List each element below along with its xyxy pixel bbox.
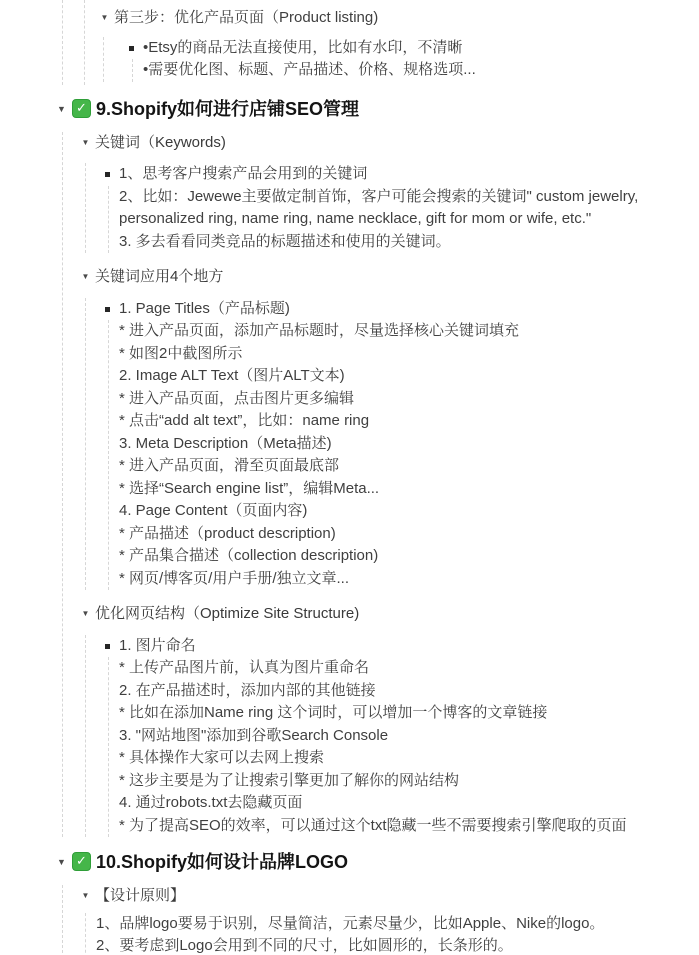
pre-section: ▼ 第三步：优化产品页面（Product listing) •Etsy的商品无法… bbox=[0, 0, 699, 82]
item-first-line: 1. 图片命名 bbox=[105, 635, 699, 658]
bullet-icon[interactable] bbox=[129, 46, 134, 51]
note-line: * 进入产品页面，添加产品标题时，尽量选择核心关键词填充 bbox=[119, 320, 699, 343]
note-line: * 进入产品页面，点击图片更多编辑 bbox=[119, 388, 699, 411]
collapse-toggle-icon[interactable]: ▼ bbox=[80, 603, 91, 626]
outline-item: 1. Page Titles（产品标题) * 进入产品页面，添加产品标题时，尽量… bbox=[105, 298, 699, 591]
note-line: 2. 在产品描述时，添加内部的其他链接 bbox=[119, 680, 699, 703]
subsection-title-row: ▼ 关键词（Keywords) bbox=[80, 132, 699, 155]
note-line: * 进入产品页面，滑至页面最底部 bbox=[119, 455, 699, 478]
note-line: 2、要考虑到Logo会用到不同的尺寸，比如圆形的，长条形的。 bbox=[96, 935, 699, 955]
note-line: * 具体操作大家可以去网上搜索 bbox=[119, 747, 699, 770]
note-line: personalized ring, name ring, name neckl… bbox=[119, 208, 699, 231]
note-line: 3. Meta Description（Meta描述) bbox=[119, 433, 699, 456]
note-line: * 产品描述（product description) bbox=[119, 523, 699, 546]
subsection-design-principles: ▼ 【设计原则】 1、品牌logo要易于识别，尽量简洁，元素尽量少，比如Appl… bbox=[80, 885, 699, 955]
continuation-lines: * 进入产品页面，添加产品标题时，尽量选择核心关键词填充 * 如图2中截图所示 … bbox=[108, 320, 699, 590]
continuation-lines: •需要优化图、标题、产品描述、价格、规格选项... bbox=[132, 59, 699, 82]
note-line: 1. Page Titles（产品标题) bbox=[119, 298, 290, 321]
section-heading: 9.Shopify如何进行店铺SEO管理 bbox=[96, 96, 359, 122]
note-line: 4. Page Content（页面内容) bbox=[119, 500, 699, 523]
note-line: * 点击“add alt text”，比如：name ring bbox=[119, 410, 699, 433]
subsection-site-structure: ▼ 优化网页结构（Optimize Site Structure) 1. 图片命… bbox=[80, 603, 699, 837]
note-line: 1、思考客户搜索产品会用到的关键词 bbox=[119, 163, 367, 186]
note-line: 1、品牌logo要易于识别，尽量简洁，元素尽量少，比如Apple、Nike的lo… bbox=[96, 913, 699, 936]
note-line: •需要优化图、标题、产品描述、价格、规格选项... bbox=[143, 59, 699, 82]
subsection-title: 优化网页结构（Optimize Site Structure) bbox=[95, 603, 359, 626]
note-line: 1. 图片命名 bbox=[119, 635, 196, 658]
note-line: * 上传产品图片前，认真为图片重命名 bbox=[119, 657, 699, 680]
item-first-line: •Etsy的商品无法直接使用，比如有水印，不清晰 bbox=[129, 37, 699, 60]
children-group: •Etsy的商品无法直接使用，比如有水印，不清晰 •需要优化图、标题、产品描述、… bbox=[103, 37, 699, 82]
node-title: 第三步：优化产品页面（Product listing) bbox=[114, 7, 378, 30]
section-9: ▼ ✓ 9.Shopify如何进行店铺SEO管理 ▼ 关键词（Keywords)… bbox=[0, 96, 699, 838]
outline-item: 1. 图片命名 * 上传产品图片前，认真为图片重命名 2. 在产品描述时，添加内… bbox=[105, 635, 699, 838]
section-heading-row: ▼ ✓ 9.Shopify如何进行店铺SEO管理 bbox=[0, 96, 699, 122]
collapse-toggle-icon[interactable]: ▼ bbox=[80, 885, 91, 908]
note-line: 3. 多去看看同类竞品的标题描述和使用的关键词。 bbox=[119, 231, 699, 254]
collapse-toggle-icon[interactable]: ▼ bbox=[80, 266, 91, 289]
note-line: 4. 通过robots.txt去隐藏页面 bbox=[119, 792, 699, 815]
bullet-icon[interactable] bbox=[105, 172, 110, 177]
note-line: * 网页/博客页/用户手册/独立文章... bbox=[119, 568, 699, 591]
continuation-lines: 2、比如：Jewewe主要做定制首饰，客户可能会搜索的关键词" custom j… bbox=[108, 186, 699, 254]
section-heading-row: ▼ ✓ 10.Shopify如何设计品牌LOGO bbox=[0, 849, 699, 875]
note-line: * 如图2中截图所示 bbox=[119, 343, 699, 366]
children-group: 1. 图片命名 * 上传产品图片前，认真为图片重命名 2. 在产品描述时，添加内… bbox=[85, 635, 699, 838]
note-line: * 比如在添加Name ring 这个词时，可以增加一个博客的文章链接 bbox=[119, 702, 699, 725]
collapse-toggle-icon[interactable]: ▼ bbox=[56, 849, 67, 875]
section-10: ▼ ✓ 10.Shopify如何设计品牌LOGO ▼ 【设计原则】 1、品牌lo… bbox=[0, 849, 699, 955]
subsection-title-row: ▼ 优化网页结构（Optimize Site Structure) bbox=[80, 603, 699, 626]
children-group: 1、品牌logo要易于识别，尽量简洁，元素尽量少，比如Apple、Nike的lo… bbox=[85, 913, 699, 955]
subsection-title-row: ▼ 【设计原则】 bbox=[80, 885, 699, 908]
collapse-toggle-icon[interactable]: ▼ bbox=[80, 132, 91, 155]
children-group: 1、思考客户搜索产品会用到的关键词 2、比如：Jewewe主要做定制首饰，客户可… bbox=[85, 163, 699, 253]
children-group: ▼ 关键词（Keywords) 1、思考客户搜索产品会用到的关键词 2、比如：J… bbox=[62, 132, 699, 838]
checked-checkbox-icon[interactable]: ✓ bbox=[72, 99, 91, 118]
subsection-title: 关键词（Keywords) bbox=[95, 132, 226, 155]
collapse-toggle-icon[interactable]: ▼ bbox=[56, 96, 67, 122]
collapse-toggle-icon[interactable]: ▼ bbox=[99, 7, 110, 30]
note-line: * 选择“Search engine list”，编辑Meta... bbox=[119, 478, 699, 501]
item-first-line: 1. Page Titles（产品标题) bbox=[105, 298, 699, 321]
note-line: 2、比如：Jewewe主要做定制首饰，客户可能会搜索的关键词" custom j… bbox=[119, 186, 699, 209]
bullet-icon[interactable] bbox=[105, 644, 110, 649]
subsection-keyword-places: ▼ 关键词应用4个地方 1. Page Titles（产品标题) * 进入产品页… bbox=[80, 266, 699, 590]
outline-item: •Etsy的商品无法直接使用，比如有水印，不清晰 •需要优化图、标题、产品描述、… bbox=[129, 37, 699, 82]
item-first-line: 1、思考客户搜索产品会用到的关键词 bbox=[105, 163, 699, 186]
note-line: * 这步主要是为了让搜索引擎更加了解你的网站结构 bbox=[119, 770, 699, 793]
subsection-title: 关键词应用4个地方 bbox=[95, 266, 223, 289]
outline-item: 1、思考客户搜索产品会用到的关键词 2、比如：Jewewe主要做定制首饰，客户可… bbox=[105, 163, 699, 253]
outline-node: ▼ 第三步：优化产品页面（Product listing) bbox=[0, 7, 699, 30]
subsection-keywords: ▼ 关键词（Keywords) 1、思考客户搜索产品会用到的关键词 2、比如：J… bbox=[80, 132, 699, 254]
note-line: * 为了提高SEO的效率，可以通过这个txt隐藏一些不需要搜索引擎爬取的页面 bbox=[119, 815, 699, 838]
children-group: 1. Page Titles（产品标题) * 进入产品页面，添加产品标题时，尽量… bbox=[85, 298, 699, 591]
note-line: 2. Image ALT Text（图片ALT文本) bbox=[119, 365, 699, 388]
continuation-lines: * 上传产品图片前，认真为图片重命名 2. 在产品描述时，添加内部的其他链接 *… bbox=[108, 657, 699, 837]
note-line: •Etsy的商品无法直接使用，比如有水印，不清晰 bbox=[143, 37, 462, 60]
outline-document: ▼ 第三步：优化产品页面（Product listing) •Etsy的商品无法… bbox=[0, 0, 699, 955]
checked-checkbox-icon[interactable]: ✓ bbox=[72, 852, 91, 871]
children-group: ▼ 【设计原则】 1、品牌logo要易于识别，尽量简洁，元素尽量少，比如Appl… bbox=[62, 885, 699, 955]
subsection-title-row: ▼ 关键词应用4个地方 bbox=[80, 266, 699, 289]
note-line: * 产品集合描述（collection description) bbox=[119, 545, 699, 568]
bullet-icon[interactable] bbox=[105, 307, 110, 312]
section-heading: 10.Shopify如何设计品牌LOGO bbox=[96, 849, 348, 875]
note-line: 3. "网站地图"添加到谷歌Search Console bbox=[119, 725, 699, 748]
subsection-title: 【设计原则】 bbox=[95, 885, 185, 908]
